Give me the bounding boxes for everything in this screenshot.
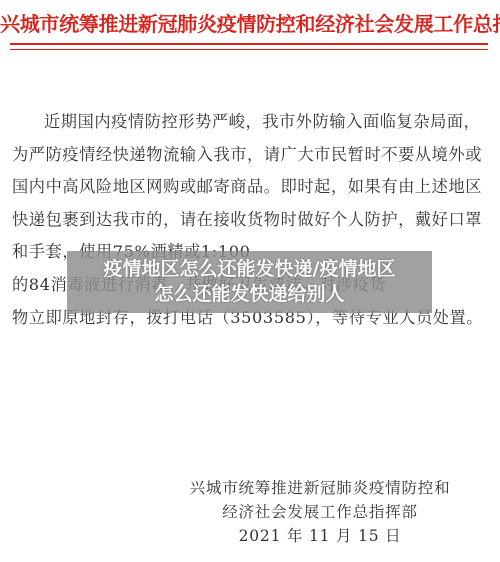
document-header-title: 兴城市统筹推进新冠肺炎疫情防控和经济社会发展工作总指挥部 <box>0 8 500 37</box>
header-rule-thin <box>10 49 488 50</box>
signature-org-line-1: 兴城市统筹推进新冠肺炎疫情防控和 <box>180 476 460 500</box>
header-rule-thick <box>10 43 488 45</box>
signature-date: 2021 年 11 月 15 日 <box>180 524 460 548</box>
body-line: 快递包裹到达我市的，请在接收货物时做好个人防护，戴好口罩 <box>12 204 490 237</box>
body-line: 近期国内疫情防控形势严峻，我市外防输入面临复杂局面， <box>12 106 490 139</box>
signature-org-line-2: 经济社会发展工作总指挥部 <box>180 500 460 524</box>
body-line: 国内中高风险地区网购或邮寄商品。即时起，如果有由上述地区 <box>12 171 490 204</box>
signature-block: 兴城市统筹推进新冠肺炎疫情防控和 经济社会发展工作总指挥部 2021 年 11 … <box>180 476 460 548</box>
caption-line-1: 疫情地区怎么还能发快递/疫情地区 <box>104 257 396 282</box>
body-line: 为严防疫情经快递物流输入我市，请广大市民暂时不要从境外或 <box>12 139 490 172</box>
caption-line-2: 怎么还能发快递给别人 <box>154 282 344 307</box>
caption-overlay: 疫情地区怎么还能发快递/疫情地区 怎么还能发快递给别人 <box>67 251 432 313</box>
